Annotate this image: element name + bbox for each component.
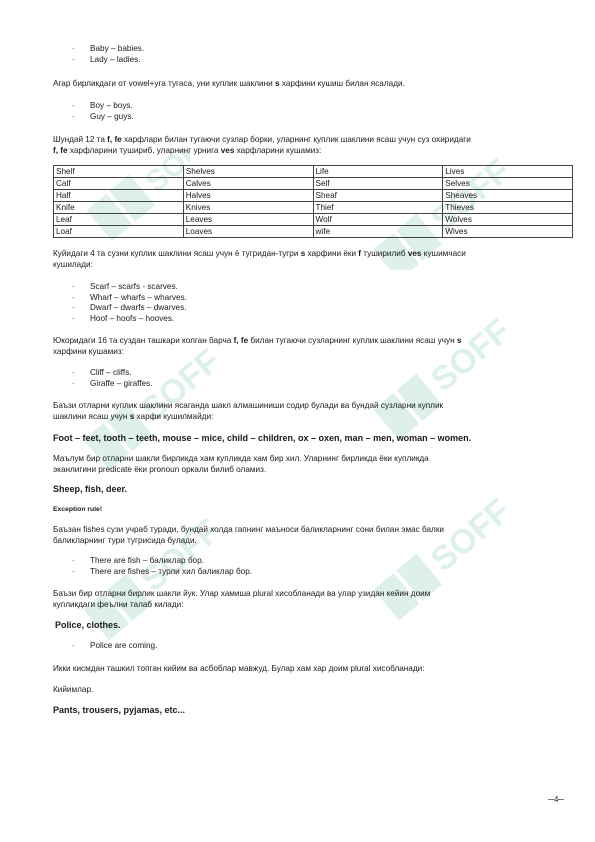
bullet-dash-icon: - — [72, 55, 75, 66]
table-cell: Loaf — [54, 226, 184, 238]
list-item: -Baby – babies. — [53, 44, 573, 55]
table-row: KnifeKnivesThiefThieves — [54, 202, 573, 214]
table-cell: Leaf — [54, 214, 184, 226]
bullet-dash-icon: - — [72, 567, 75, 578]
list-item: -There are fish – баликлар бор. — [53, 556, 573, 567]
table-cell: Thief — [313, 202, 443, 214]
same-form-examples: Sheep, fish, deer. — [53, 484, 573, 495]
table-cell: Half — [54, 190, 184, 202]
table-cell: Wolf — [313, 214, 443, 226]
document-page: SOFF SOFF SOFF SOFF SOFF SOFF -Baby – ba… — [0, 0, 595, 842]
example-list-fish: -There are fish – баликлар бор. -There a… — [53, 556, 573, 577]
table-row: ShelfShelvesLifeLives — [54, 166, 573, 178]
list-item: -Dwarf – dwarfs – dwarves. — [53, 303, 573, 314]
paragraph-two-part-items: Икки кисмдан ташкил топган кийим ва асбо… — [53, 663, 573, 674]
table-row: LoafLoaveswifeWives — [54, 226, 573, 238]
paragraph-clothes-label: Кийимлар. — [53, 684, 573, 695]
list-item: -Giraffe – giraffes. — [53, 379, 573, 390]
list-item: -Lady – ladies. — [53, 55, 573, 66]
bullet-dash-icon: - — [72, 641, 75, 652]
list-item: -Hoof – hoofs – hooves. — [53, 314, 573, 325]
plural-only-examples: Police, clothes. — [53, 620, 573, 631]
list-item: -There are fishes – турли хил баликлар б… — [53, 567, 573, 578]
example-list-y-ies: -Baby – babies. -Lady – ladies. — [53, 44, 573, 65]
example-list-police: -Police are coming. — [53, 641, 573, 652]
table-cell: Knife — [54, 202, 184, 214]
bullet-dash-icon: - — [72, 368, 75, 379]
table-cell: Lives — [443, 166, 573, 178]
example-list-y-s: -Boy – boys. -Guy – guys. — [53, 101, 573, 122]
bullet-dash-icon: - — [72, 44, 75, 55]
list-item: -Wharf – wharfs – wharves. — [53, 293, 573, 304]
table-cell: Calves — [183, 178, 313, 190]
list-item: -Police are coming. — [53, 641, 573, 652]
two-part-items-examples: Pants, trousers, pyjamas, etc... — [53, 705, 573, 716]
bullet-dash-icon: - — [72, 101, 75, 112]
list-item: -Boy – boys. — [53, 101, 573, 112]
list-item: -Scarf – scarfs - scarves. — [53, 282, 573, 293]
example-list-four-words: -Scarf – scarfs - scarves. -Wharf – whar… — [53, 282, 573, 324]
table-cell: Wolves — [443, 214, 573, 226]
paragraph-fishes-rule: Баъзан fishes сузи учраб туради, бундай … — [53, 524, 573, 546]
bullet-dash-icon: - — [72, 293, 75, 304]
table-row: LeafLeavesWolfWolves — [54, 214, 573, 226]
table-cell: Shelves — [183, 166, 313, 178]
exception-rule-heading: Exception rule! — [53, 504, 573, 515]
paragraph-f-fe-rule: Шундай 12 та f, fe харфлари билан тугаюч… — [53, 134, 573, 156]
bullet-dash-icon: - — [72, 282, 75, 293]
paragraph-irregular-rule: Баъзи отларни куплик шаклини ясаганда ша… — [53, 400, 573, 422]
table-cell: Knives — [183, 202, 313, 214]
table-row: HalfHalvesSheafSheaves — [54, 190, 573, 202]
table-cell: Calf — [54, 178, 184, 190]
paragraph-vowel-y-rule: Агар бирликдаги от vowel+уга тугаса, уни… — [53, 78, 573, 89]
document-body: -Baby – babies. -Lady – ladies. Агар бир… — [53, 44, 573, 716]
table-cell: Life — [313, 166, 443, 178]
table-cell: Shelf — [54, 166, 184, 178]
table-cell: Leaves — [183, 214, 313, 226]
table-cell: wife — [313, 226, 443, 238]
list-item: -Guy – guys. — [53, 112, 573, 123]
table-cell: Halves — [183, 190, 313, 202]
paragraph-plural-only-rule: Баъзи бир отларни бирлик шакли йук. Улар… — [53, 588, 573, 610]
table-cell: Selves — [443, 178, 573, 190]
table-cell: Sheaf — [313, 190, 443, 202]
example-list-other-f: -Cliff – cliffs. -Giraffe – giraffes. — [53, 368, 573, 389]
paragraph-same-form-rule: Маълум бир отларни шакли бирликда хам ку… — [53, 453, 573, 475]
page-number: 4 — [548, 795, 564, 804]
table-cell: Thieves — [443, 202, 573, 214]
bullet-dash-icon: - — [72, 303, 75, 314]
f-fe-words-table: ShelfShelvesLifeLivesCalfCalvesSelfSelve… — [53, 165, 573, 238]
bullet-dash-icon: - — [72, 556, 75, 567]
list-item: -Cliff – cliffs. — [53, 368, 573, 379]
bullet-dash-icon: - — [72, 314, 75, 325]
table-cell: Loaves — [183, 226, 313, 238]
table-cell: Sheaves — [443, 190, 573, 202]
table-cell: Self — [313, 178, 443, 190]
table-cell: Wives — [443, 226, 573, 238]
bullet-dash-icon: - — [72, 379, 75, 390]
bullet-dash-icon: - — [72, 112, 75, 123]
paragraph-other-f-fe-rule: Юкоридаги 16 та суздан ташкари колган ба… — [53, 335, 573, 357]
irregular-plurals-examples: Foot – feet, tooth – teeth, mouse – mice… — [53, 433, 573, 444]
table-row: CalfCalvesSelfSelves — [54, 178, 573, 190]
paragraph-four-words-rule: Куйидаги 4 та сузни куплик шаклини ясаш … — [53, 248, 573, 270]
